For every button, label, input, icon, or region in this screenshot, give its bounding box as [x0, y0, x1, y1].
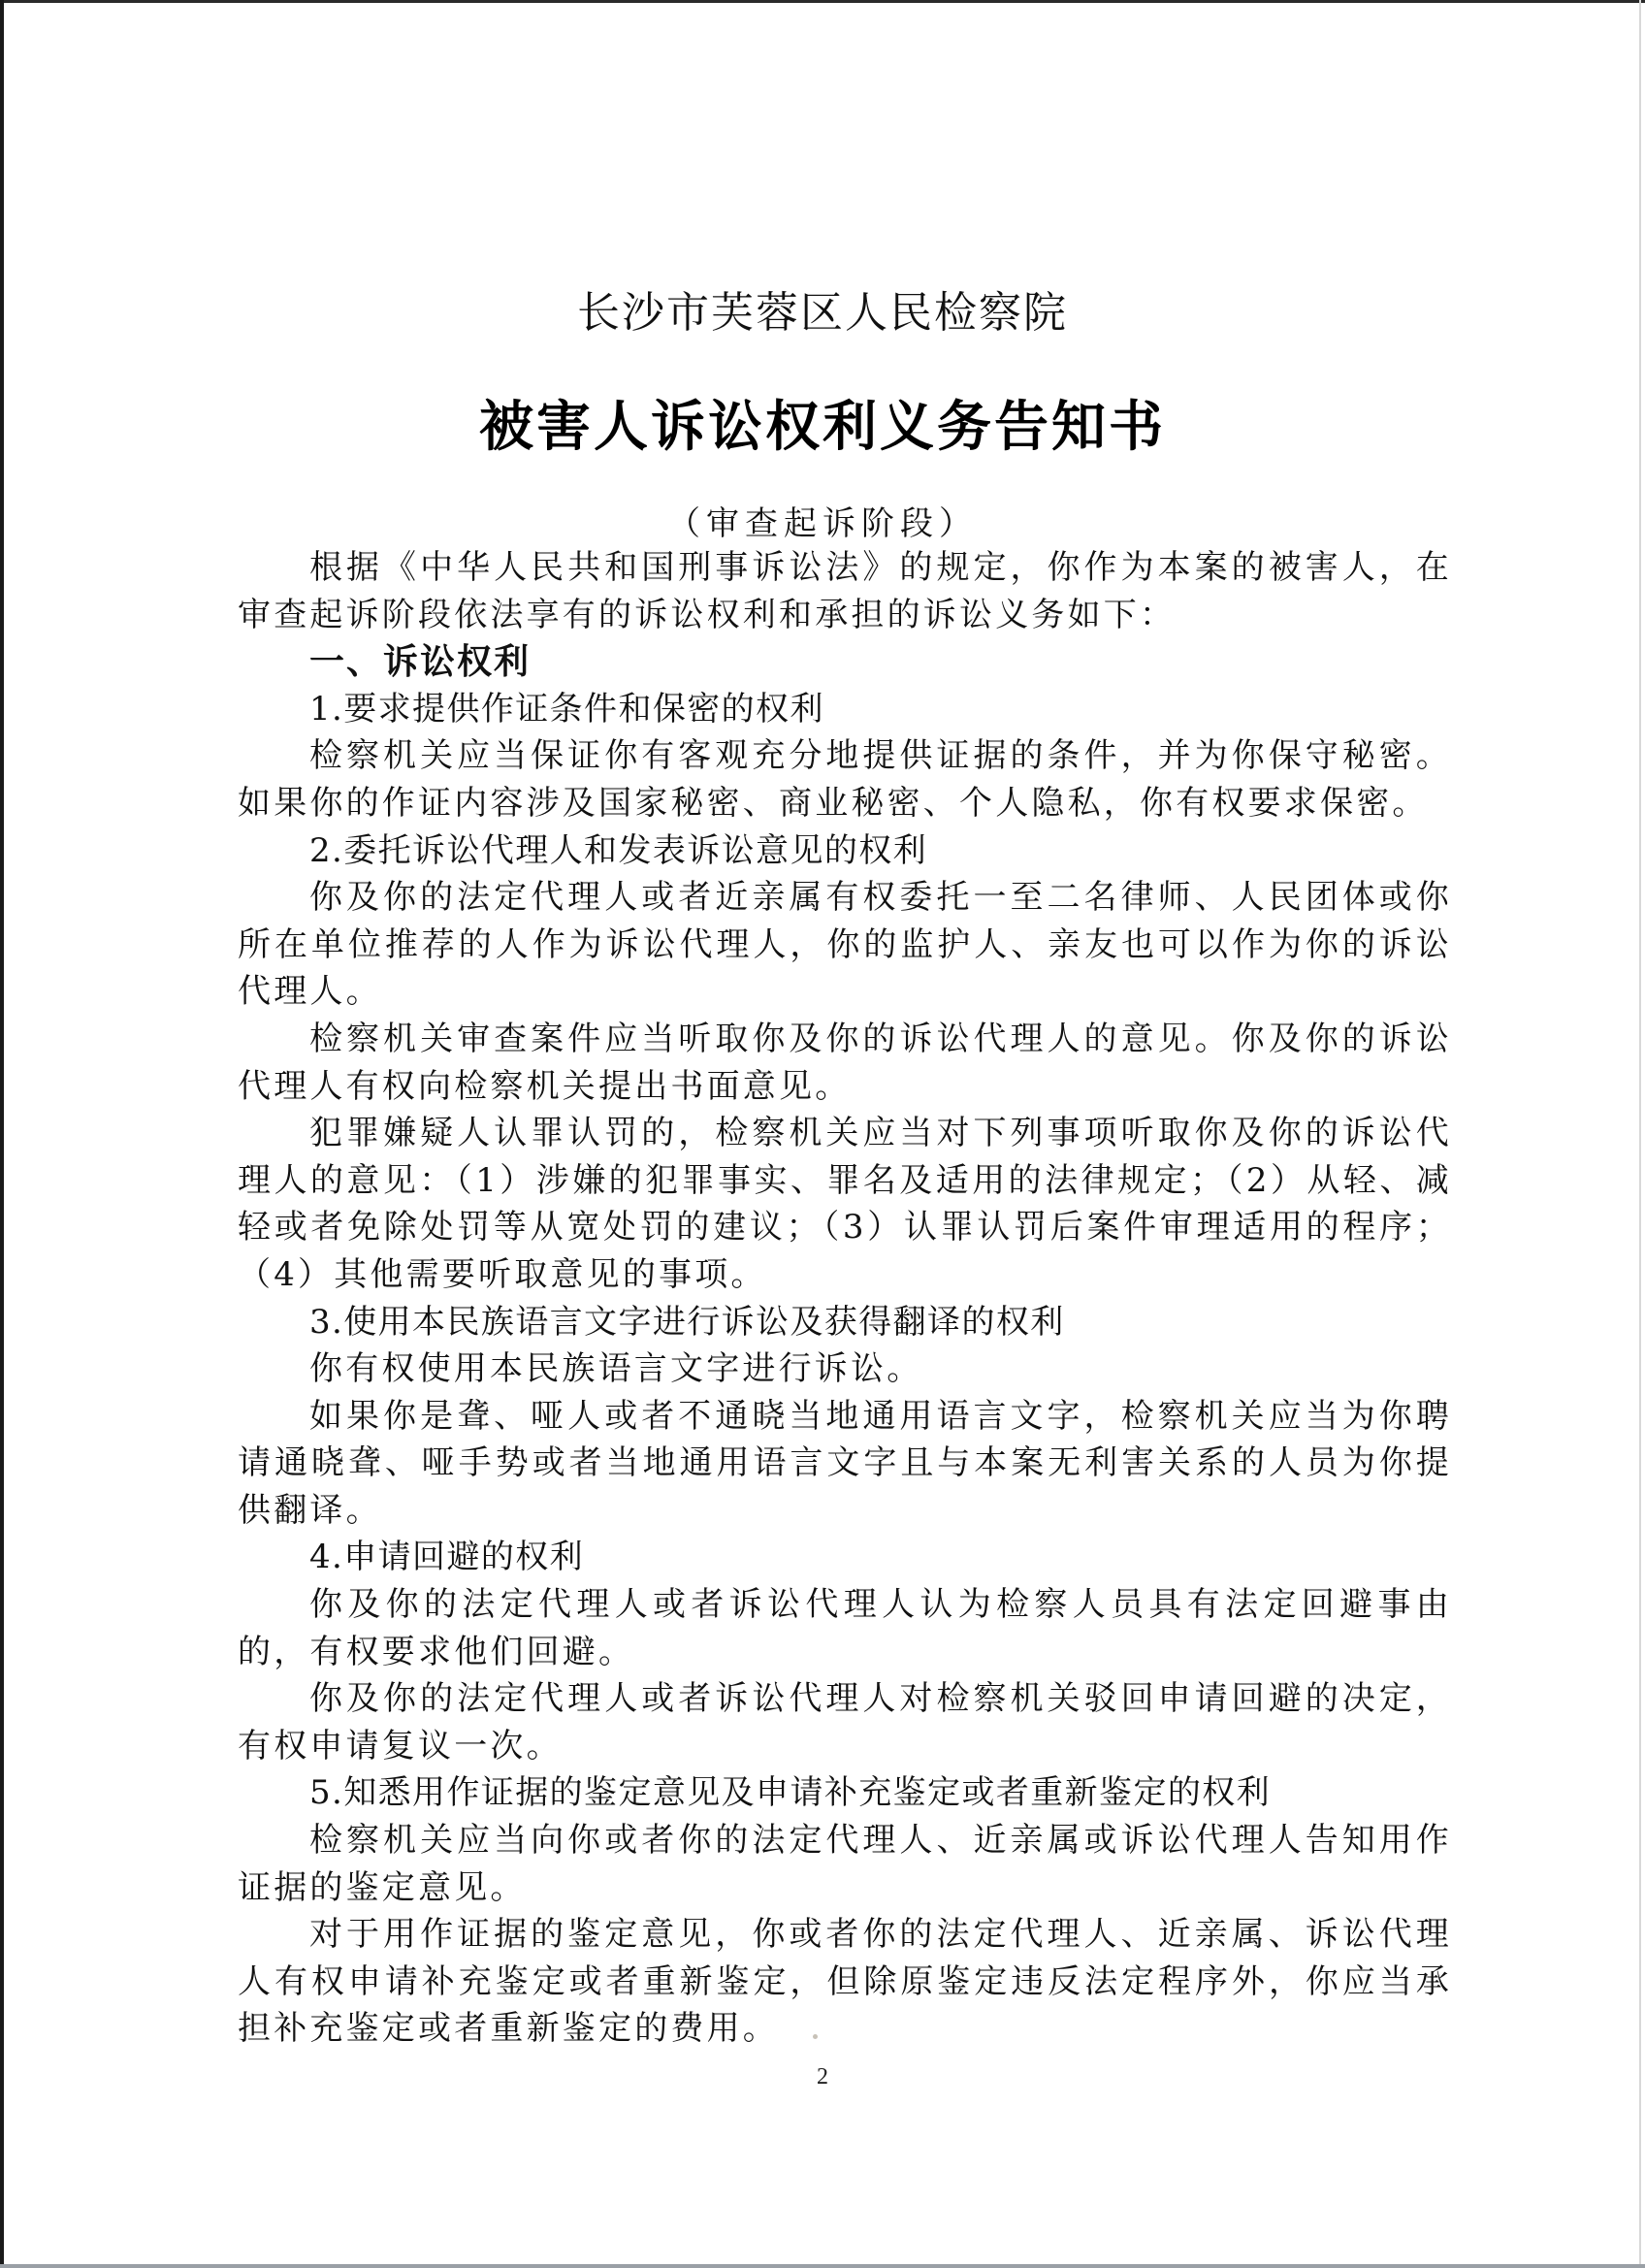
item-heading-1: 1.要求提供作证条件和保密的权利 — [238, 686, 1452, 733]
item-heading-5: 5.知悉用作证据的鉴定意见及申请补充鉴定或者重新鉴定的权利 — [238, 1769, 1452, 1817]
paragraph: 如果你是聋、哑人或者不通晓当地通用语言文字，检察机关应当为你聘请通晓聋、哑手势或… — [238, 1393, 1452, 1535]
page-number: 2 — [0, 2064, 1645, 2090]
scan-border-top — [0, 0, 1645, 3]
paragraph: 你及你的法定代理人或者诉讼代理人对检察机关驳回申请回避的决定，有权申请复议一次。 — [238, 1675, 1452, 1769]
paragraph: 犯罪嫌疑人认罪认罚的，检察机关应当对下列事项听取你及你的诉讼代理人的意见：（1）… — [238, 1110, 1452, 1298]
document-body: 根据《中华人民共和国刑事诉讼法》的规定，你作为本案的被害人，在审查起诉阶段依法享… — [238, 544, 1452, 2053]
document-stage: （审查起诉阶段） — [0, 497, 1645, 544]
intro-paragraph: 根据《中华人民共和国刑事诉讼法》的规定，你作为本案的被害人，在审查起诉阶段依法享… — [238, 544, 1452, 638]
document-title: 被害人诉讼权利义务告知书 — [0, 384, 1645, 462]
paragraph: 检察机关审查案件应当听取你及你的诉讼代理人的意见。你及你的诉讼代理人有权向检察机… — [238, 1016, 1452, 1110]
paragraph: 你及你的法定代理人或者诉讼代理人认为检察人员具有法定回避事由的，有权要求他们回避… — [238, 1581, 1452, 1675]
scan-border-left — [0, 0, 4, 2268]
item-heading-3: 3.使用本民族语言文字进行诉讼及获得翻译的权利 — [238, 1299, 1452, 1346]
paragraph: 你及你的法定代理人或者近亲属有权委托一至二名律师、人民团体或你所在单位推荐的人作… — [238, 874, 1452, 1016]
scan-artifact-dot — [813, 2034, 818, 2039]
organization-name: 长沙市芙蓉区人民检察院 — [0, 277, 1645, 340]
item-heading-2: 2.委托诉讼代理人和发表诉讼意见的权利 — [238, 827, 1452, 875]
paragraph: 检察机关应当保证你有客观充分地提供证据的条件，并为你保守秘密。如果你的作证内容涉… — [238, 732, 1452, 826]
section-heading-litigation-rights: 一、诉讼权利 — [238, 638, 1452, 686]
scan-border-bottom — [0, 2264, 1645, 2268]
paragraph: 检察机关应当向你或者你的法定代理人、近亲属或诉讼代理人告知用作证据的鉴定意见。 — [238, 1817, 1452, 1911]
paragraph: 你有权使用本民族语言文字进行诉讼。 — [238, 1345, 1452, 1393]
scan-border-right — [1639, 0, 1641, 2268]
paragraph: 对于用作证据的鉴定意见，你或者你的法定代理人、近亲属、诉讼代理人有权申请补充鉴定… — [238, 1911, 1452, 2053]
item-heading-4: 4.申请回避的权利 — [238, 1534, 1452, 1581]
